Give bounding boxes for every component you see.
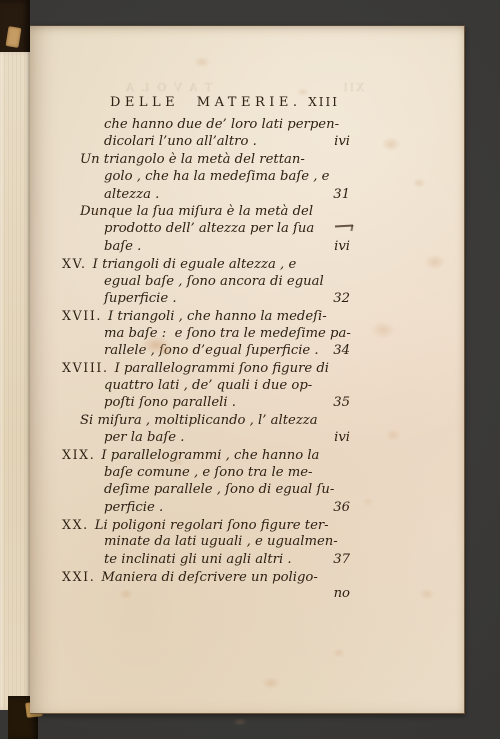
page-ref: 34 <box>327 342 350 359</box>
foxing-spot <box>416 586 438 602</box>
line-text: I triangoli di eguale altezza , e <box>93 256 297 273</box>
toc-line: XVII.I triangoli , che hanno la medeſi- <box>62 307 350 324</box>
line-text: per la baſe . <box>62 429 184 446</box>
toc-line: baſe .ivi <box>62 238 350 255</box>
line-text: Dunque la ſua miſura è la metà del <box>62 203 313 220</box>
line-text: baſe . <box>62 238 141 255</box>
running-header: DELLE MATERIE. XIII <box>110 95 339 110</box>
line-numeral: XXI. <box>62 568 101 585</box>
toc-line: rallele , ſono d’egual ſuperficie .34 <box>62 342 350 359</box>
toc-line: XX.Li poligoni regolari ſono figure ter- <box>62 516 350 533</box>
spine-tear-chip <box>6 26 22 48</box>
line-text: golo , che ha la medeſima baſe , e <box>62 168 329 185</box>
foxing-spot <box>360 496 376 508</box>
page-ref: 36 <box>327 499 350 516</box>
page-ref: 32 <box>327 290 350 307</box>
page-ref: 31 <box>327 186 350 203</box>
toc-line: XIX.I parallelogrammi , che hanno la <box>62 446 350 463</box>
page-ref: 35 <box>327 394 350 411</box>
line-text: I parallelogrammi , che hanno la <box>101 447 319 464</box>
foxing-spot <box>410 176 428 190</box>
book-page: XII TAVOLA DELLE MATERIE. XIII che hanno… <box>30 25 465 714</box>
folio-number: XIII <box>308 95 339 109</box>
toc-line: quattro lati , de’ quali i due op- <box>62 377 350 394</box>
foxing-spot <box>230 716 250 728</box>
line-text: Li poligoni regolari ſono figure ter- <box>95 517 329 534</box>
toc-line: perficie .36 <box>62 499 350 516</box>
foxing-spot <box>378 134 404 154</box>
toc-line: prodotto dell’ altezza per la ſua <box>62 220 350 237</box>
line-text: altezza . <box>62 186 159 203</box>
foxing-spot <box>190 54 214 70</box>
line-text: quattro lati , de’ quali i due op- <box>62 377 312 394</box>
line-numeral: XVIII. <box>62 359 115 376</box>
line-text: egual baſe , ſono ancora di egual <box>62 273 324 290</box>
line-text: dicolari l’uno all’altro . <box>62 133 257 150</box>
toc-line: che hanno due de’ loro lati perpen- <box>62 116 350 133</box>
line-text: baſe comune , e ſono tra le me- <box>62 464 312 481</box>
toc-line: te inclinati gli uni agli altri .37 <box>62 551 350 568</box>
line-text: deſime parallele , ſono di egual ſu- <box>62 481 334 498</box>
line-numeral: XV. <box>62 255 93 272</box>
page-ref: ivi <box>328 133 350 150</box>
line-text: Si miſura , moltiplicando , l’ altezza <box>62 412 318 429</box>
toc-line: dicolari l’uno all’altro .ivi <box>62 133 350 150</box>
toc-line: poſti ſono paralleli .35 <box>62 394 350 411</box>
toc-line: minate da lati uguali , e ugualmen- <box>62 533 350 550</box>
line-text: perficie . <box>62 499 163 516</box>
line-text: che hanno due de’ loro lati perpen- <box>62 116 339 133</box>
foxing-spot <box>366 318 400 342</box>
ink-mark <box>335 224 353 231</box>
foxing-spot <box>420 251 450 273</box>
toc-line: ſuperficie .32 <box>62 290 350 307</box>
toc-line: XVIII.I parallelogrammi ſono figure di <box>62 359 350 376</box>
line-numeral: XVII. <box>62 307 108 324</box>
page-ref: ivi <box>328 429 350 446</box>
toc-line: altezza .31 <box>62 186 350 203</box>
line-text: te inclinati gli uni agli altri . <box>62 551 292 568</box>
toc-line: Un triangolo è la metà del rettan- <box>62 151 350 168</box>
toc-line: egual baſe , ſono ancora di egual <box>62 273 350 290</box>
toc-line: per la baſe .ivi <box>62 429 350 446</box>
line-text: I parallelogrammi ſono figure di <box>115 360 329 377</box>
line-numeral: XX. <box>62 516 95 533</box>
toc-line: XV.I triangoli di eguale altezza , e <box>62 255 350 272</box>
toc-line: Dunque la ſua miſura è la metà del <box>62 203 350 220</box>
catchword: no <box>62 586 350 601</box>
showthrough-text: XII TAVOLA <box>118 81 364 94</box>
toc-line: deſime parallele , ſono di egual ſu- <box>62 481 350 498</box>
page-ref: 37 <box>327 551 350 568</box>
page-edge-strip <box>0 52 34 710</box>
foxing-spot <box>382 426 404 444</box>
toc-line: XXI.Maniera di deſcrivere un poligo- <box>62 568 350 585</box>
foxing-spot <box>330 646 348 660</box>
line-text: ma baſe : e ſono tra le medeſime pa- <box>62 325 351 342</box>
page-ref: ivi <box>328 238 350 255</box>
line-text: Un triangolo è la metà del rettan- <box>62 151 305 168</box>
line-text: prodotto dell’ altezza per la ſua <box>62 220 314 237</box>
toc-line: Si miſura , moltiplicando , l’ altezza <box>62 412 350 429</box>
line-text: ſuperficie . <box>62 290 177 307</box>
toc-line: golo , che ha la medeſima baſe , e <box>62 168 350 185</box>
line-text: rallele , ſono d’egual ſuperficie . <box>62 342 319 359</box>
running-header-title: DELLE MATERIE. <box>110 95 302 110</box>
foxing-spot <box>258 674 284 692</box>
line-text: I triangoli , che hanno la medeſi- <box>108 308 327 325</box>
line-text: Maniera di deſcrivere un poligo- <box>101 569 318 586</box>
showthrough-folio: XII <box>341 81 364 94</box>
toc-line: ma baſe : e ſono tra le medeſime pa- <box>62 325 350 342</box>
line-text: poſti ſono paralleli . <box>62 394 236 411</box>
line-numeral: XIX. <box>62 446 101 463</box>
line-text: minate da lati uguali , e ugualmen- <box>62 533 338 550</box>
toc-line: baſe comune , e ſono tra le me- <box>62 464 350 481</box>
toc-lines: che hanno due de’ loro lati perpen-dicol… <box>62 116 350 586</box>
showthrough-title: TAVOLA <box>118 81 212 94</box>
